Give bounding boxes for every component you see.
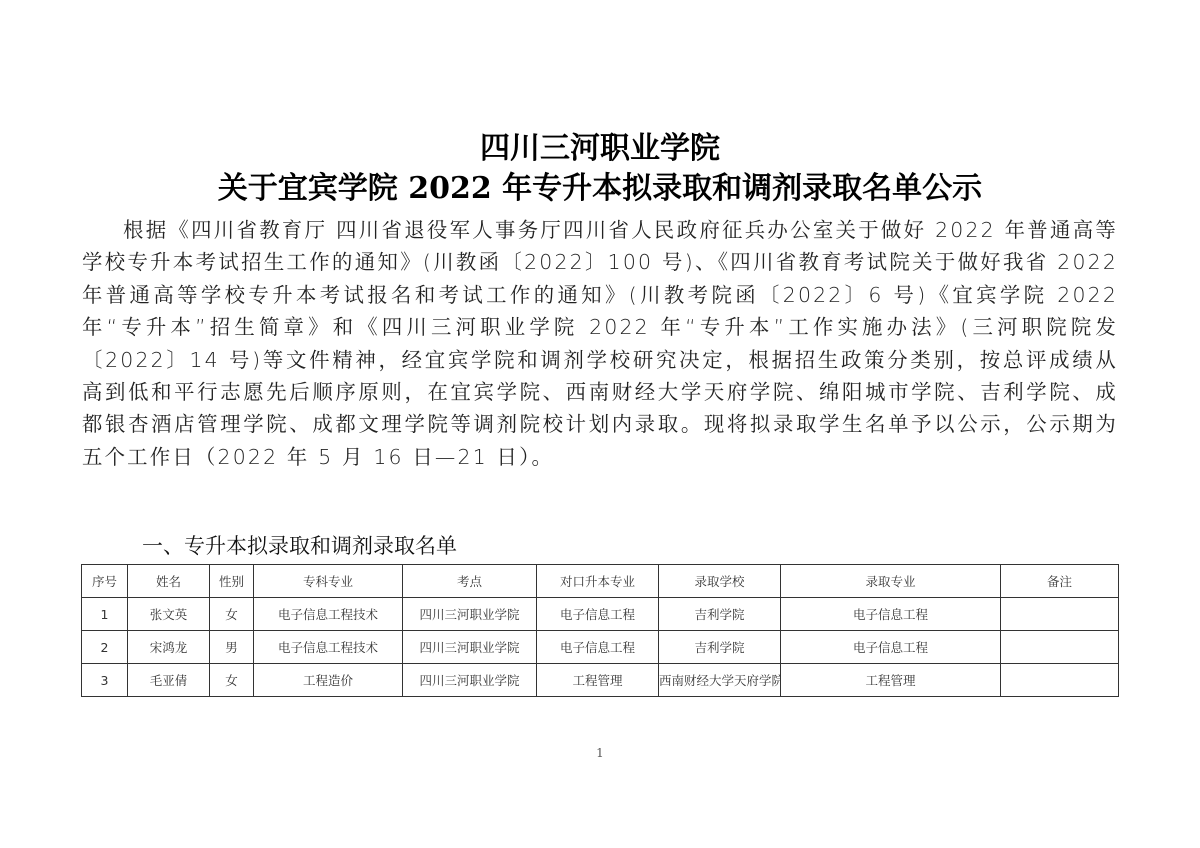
header-cell: 专科专业 bbox=[254, 565, 403, 598]
cell-exam-site: 四川三河职业学院 bbox=[403, 664, 537, 697]
cell-name: 毛亚倩 bbox=[128, 664, 210, 697]
document-title-line1: 四川三河职业学院 bbox=[0, 131, 1200, 167]
cell-gender: 女 bbox=[210, 664, 254, 697]
cell-remarks bbox=[1001, 664, 1119, 697]
header-cell: 录取专业 bbox=[781, 565, 1001, 598]
cell-name: 张文英 bbox=[128, 598, 210, 631]
section-heading: 一、专升本拟录取和调剂录取名单 bbox=[142, 532, 457, 560]
header-cell: 性别 bbox=[210, 565, 254, 598]
cell-remarks bbox=[1001, 631, 1119, 664]
cell-name: 宋鸿龙 bbox=[128, 631, 210, 664]
cell-admit-major: 电子信息工程 bbox=[781, 631, 1001, 664]
header-cell: 对口升本专业 bbox=[537, 565, 659, 598]
cell-admit-major: 电子信息工程 bbox=[781, 598, 1001, 631]
table-row: 2 宋鸿龙 男 电子信息工程技术 四川三河职业学院 电子信息工程 吉利学院 电子… bbox=[82, 631, 1119, 664]
header-cell: 录取学校 bbox=[659, 565, 781, 598]
cell-gender: 女 bbox=[210, 598, 254, 631]
table-header-row: 序号 姓名 性别 专科专业 考点 对口升本专业 录取学校 录取专业 备注 bbox=[82, 565, 1119, 598]
cell-admit-school: 西南财经大学天府学院 bbox=[659, 664, 781, 697]
header-cell: 备注 bbox=[1001, 565, 1119, 598]
cell-exam-site: 四川三河职业学院 bbox=[403, 631, 537, 664]
cell-college-major: 电子信息工程技术 bbox=[254, 631, 403, 664]
page-number: 1 bbox=[590, 746, 610, 760]
cell-gender: 男 bbox=[210, 631, 254, 664]
header-cell: 姓名 bbox=[128, 565, 210, 598]
admission-list-table: 序号 姓名 性别 专科专业 考点 对口升本专业 录取学校 录取专业 备注 1 张… bbox=[81, 564, 1119, 697]
cell-target-major: 电子信息工程 bbox=[537, 598, 659, 631]
cell-college-major: 电子信息工程技术 bbox=[254, 598, 403, 631]
table-row: 3 毛亚倩 女 工程造价 四川三河职业学院 工程管理 西南财经大学天府学院 工程… bbox=[82, 664, 1119, 697]
cell-exam-site: 四川三河职业学院 bbox=[403, 598, 537, 631]
cell-admit-major: 工程管理 bbox=[781, 664, 1001, 697]
cell-admit-school: 吉利学院 bbox=[659, 631, 781, 664]
document-title-line2: 关于宜宾学院 2022 年专升本拟录取和调剂录取名单公示 bbox=[0, 171, 1200, 207]
cell-index: 1 bbox=[82, 598, 128, 631]
cell-admit-school: 吉利学院 bbox=[659, 598, 781, 631]
cell-remarks bbox=[1001, 598, 1119, 631]
header-cell: 序号 bbox=[82, 565, 128, 598]
body-paragraph: 根据《四川省教育厅 四川省退役军人事务厅四川省人民政府征兵办公室关于做好 202… bbox=[82, 214, 1118, 473]
cell-index: 3 bbox=[82, 664, 128, 697]
cell-target-major: 电子信息工程 bbox=[537, 631, 659, 664]
cell-college-major: 工程造价 bbox=[254, 664, 403, 697]
cell-target-major: 工程管理 bbox=[537, 664, 659, 697]
header-cell: 考点 bbox=[403, 565, 537, 598]
table-row: 1 张文英 女 电子信息工程技术 四川三河职业学院 电子信息工程 吉利学院 电子… bbox=[82, 598, 1119, 631]
cell-index: 2 bbox=[82, 631, 128, 664]
